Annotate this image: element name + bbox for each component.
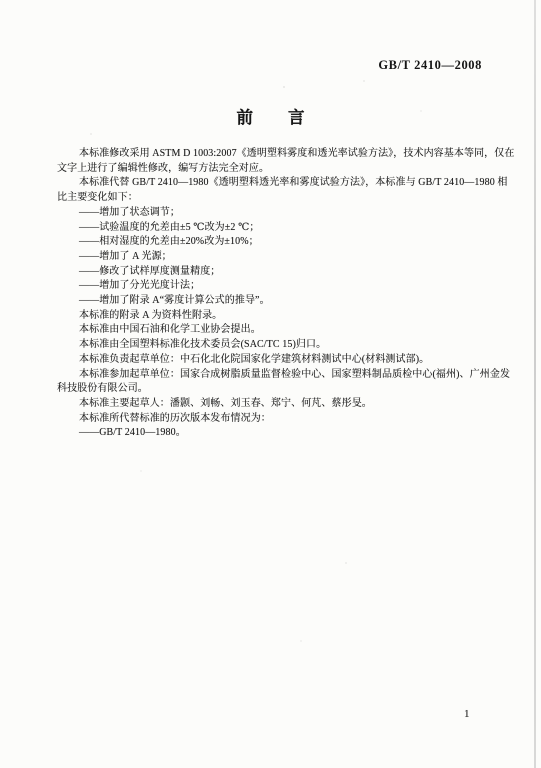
foreword-line: ——GB/T 2410—1980。: [57, 426, 507, 441]
foreword-line: 本标准参加起草单位：国家合成树脂质量监督检验中心、国家塑料制品质检中心(福州)、…: [57, 368, 507, 383]
foreword-line: ——增加了分光光度计法；: [57, 279, 507, 294]
foreword-line: ——增加了 A 光源；: [57, 250, 507, 265]
foreword-line: 本标准由中国石油和化学工业协会提出。: [57, 323, 507, 338]
foreword-line: ——修改了试样厚度测量精度；: [57, 265, 507, 280]
scan-noise-specks: [0, 0, 2, 2]
foreword-line: 比主要变化如下：: [57, 191, 507, 206]
foreword-line: 本标准所代替标准的历次版本发布情况为：: [57, 412, 507, 427]
page-number: 1: [464, 708, 470, 720]
foreword-line: ——增加了附录 A“雾度计算公式的推导”。: [57, 294, 507, 309]
foreword-title-char-2: 言: [288, 104, 305, 128]
foreword-line: ——增加了状态调节；: [57, 206, 507, 221]
standard-code: GB/T 2410—2008: [0, 58, 482, 73]
scan-edge-artifact: [534, 0, 536, 768]
foreword-line: ——相对湿度的允差由±20%改为±10%；: [57, 235, 507, 250]
foreword-title-char-1: 前: [237, 104, 254, 128]
foreword-line: 本标准的附录 A 为资料性附录。: [57, 309, 507, 324]
foreword-line: 本标准由全国塑料标准化技术委员会(SAC/TC 15)归口。: [57, 338, 507, 353]
foreword-line: 本标准主要起草人：潘颢、刘畅、刘玉春、郑宁、何芃、蔡彤旻。: [57, 397, 507, 412]
foreword-body: 本标准修改采用 ASTM D 1003:2007《透明塑料雾度和透光率试验方法》…: [57, 147, 507, 441]
foreword-line: 本标准修改采用 ASTM D 1003:2007《透明塑料雾度和透光率试验方法》…: [57, 147, 507, 162]
foreword-line: 文字上进行了编辑性修改，编写方法完全对应。: [57, 162, 507, 177]
foreword-line: ——试验温度的允差由±5 ℃改为±2 ℃；: [57, 221, 507, 236]
foreword-title: 前 言: [0, 104, 541, 128]
foreword-line: 科技股份有限公司。: [57, 382, 507, 397]
foreword-line: 本标准负责起草单位：中石化北化院国家化学建筑材料测试中心(材料测试部)。: [57, 353, 507, 368]
document-page: GB/T 2410—2008 前 言 本标准修改采用 ASTM D 1003:2…: [0, 0, 541, 768]
foreword-line: 本标准代替 GB/T 2410—1980《透明塑料透光率和雾度试验方法》，本标准…: [57, 176, 507, 191]
